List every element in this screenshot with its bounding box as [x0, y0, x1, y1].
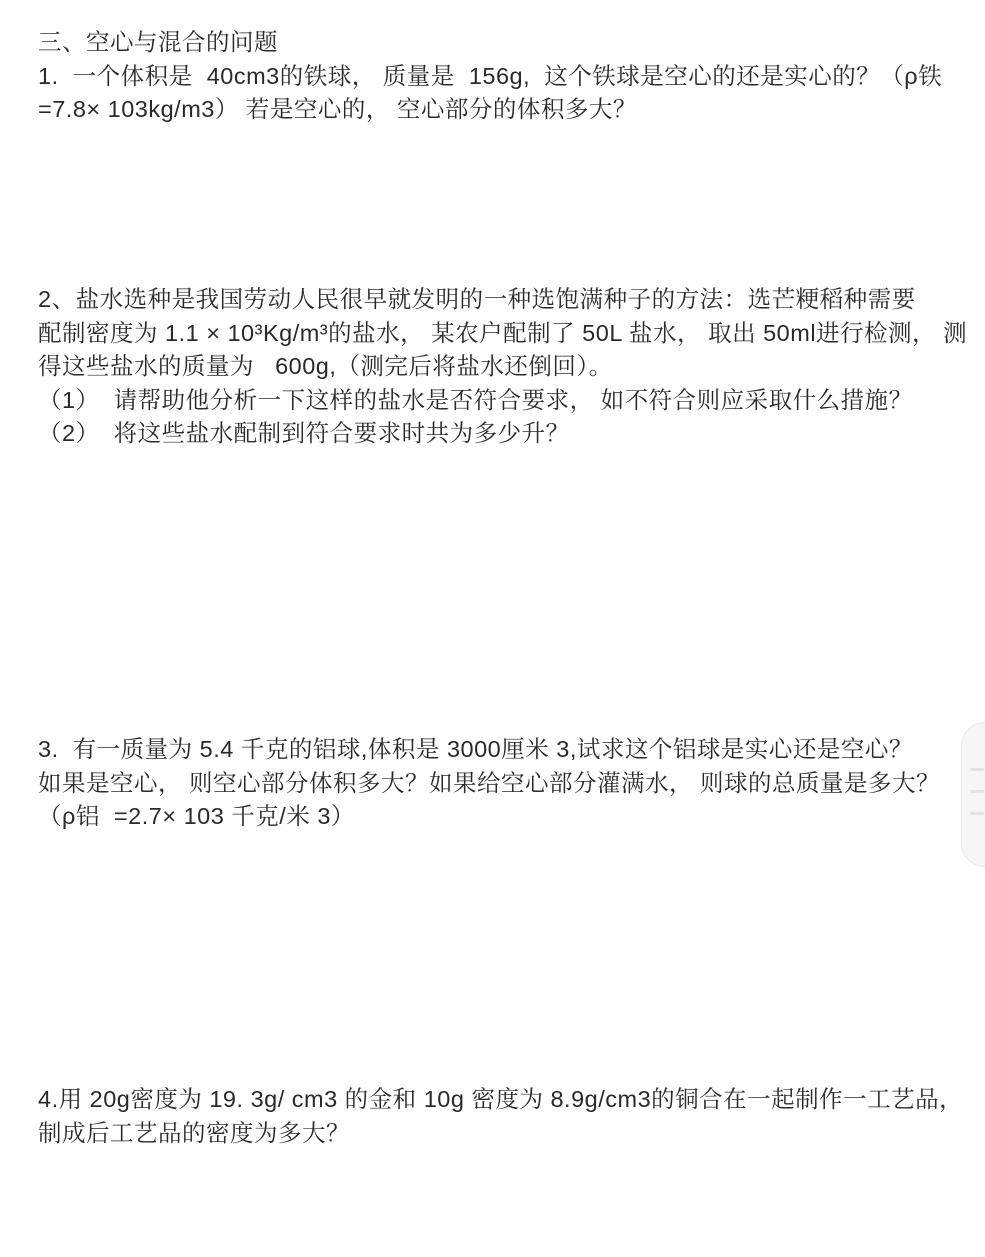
section-title: 三、空心与混合的问题 [38, 26, 965, 60]
section-1-block: 三、空心与混合的问题 1. 一个体积是 40cm3的铁球， 质量是 156g, … [38, 26, 965, 127]
problem-4-block: 4.用 20g密度为 19. 3g/ cm3 的金和 10g 密度为 8.9g/… [38, 1083, 965, 1150]
problem-1-line-2: =7.8× 103kg/m3） 若是空心的， 空心部分的体积多大？ [38, 93, 965, 127]
problem-4-line-1: 4.用 20g密度为 19. 3g/ cm3 的金和 10g 密度为 8.9g/… [38, 1083, 965, 1117]
document-page: 三、空心与混合的问题 1. 一个体积是 40cm3的铁球， 质量是 156g, … [0, 0, 985, 1257]
problem-2-line-3: 得这些盐水的质量为 600g,（测完后将盐水还倒回）。 [38, 350, 965, 384]
problem-2-subquestion-2: （2） 将这些盐水配制到符合要求时共为多少升？ [38, 417, 965, 451]
problem-2-line-1: 2、盐水选种是我国劳动人民很早就发明的一种选饱满种子的方法：选芒粳稻种需要 [38, 283, 965, 317]
problem-2-line-2: 配制密度为 1.1 × 10³Kg/m³的盐水， 某农户配制了 50L 盐水， … [38, 317, 965, 351]
problem-3-block: 3. 有一质量为 5.4 千克的铝球,体积是 3000厘米 3,试求这个铝球是实… [38, 733, 965, 834]
grip-line-icon [970, 768, 984, 771]
problem-4-line-2: 制成后工艺品的密度为多大？ [38, 1117, 965, 1151]
grip-line-icon [970, 812, 984, 815]
problem-2-subquestion-1: （1） 请帮助他分析一下这样的盐水是否符合要求， 如不符合则应采取什么措施？ [38, 384, 965, 418]
problem-3-line-1: 3. 有一质量为 5.4 千克的铝球,体积是 3000厘米 3,试求这个铝球是实… [38, 733, 965, 767]
scroll-drawer-handle[interactable] [961, 722, 985, 867]
grip-line-icon [970, 790, 984, 793]
problem-1-line-1: 1. 一个体积是 40cm3的铁球， 质量是 156g, 这个铁球是空心的还是实… [38, 60, 965, 94]
problem-2-block: 2、盐水选种是我国劳动人民很早就发明的一种选饱满种子的方法：选芒粳稻种需要 配制… [38, 283, 965, 451]
problem-3-line-3: （ρ铝 =2.7× 103 千克/米 3） [38, 800, 965, 834]
problem-3-line-2: 如果是空心， 则空心部分体积多大？如果给空心部分灌满水， 则球的总质量是多大？ [38, 767, 965, 801]
